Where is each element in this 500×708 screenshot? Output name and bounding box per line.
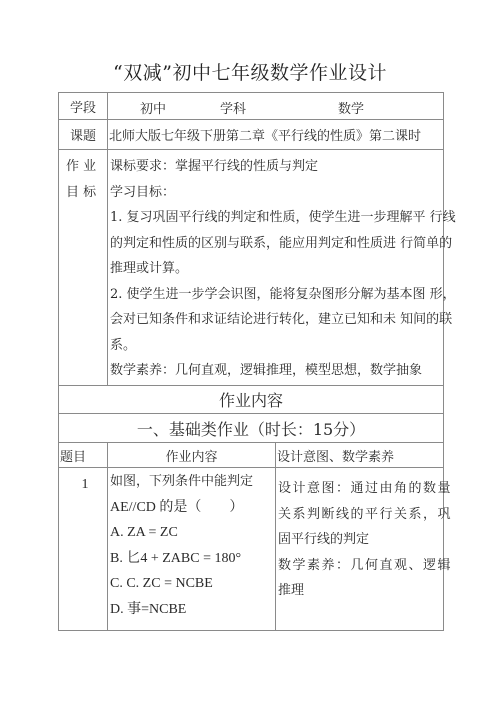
design-line: 推理	[278, 578, 443, 604]
goal-line: 系。	[110, 333, 443, 359]
goal-label: 作 业 目 标	[59, 150, 107, 385]
column-header-content: 作业内容	[107, 443, 275, 467]
goal-content: 课标要求：掌握平行线的性质与判定 学习目标： 1. 复习巩固平行线的判定和性质，…	[107, 150, 443, 385]
column-header-design: 设计意图、数学素养	[275, 443, 443, 467]
topic-value: 北师大版七年级下册第二章《平行线的性质》第二课时	[107, 120, 443, 149]
goal-line: 数学素养：几何直观，逻辑推理，模型思想，数学抽象	[110, 358, 443, 384]
option-c: C. C. ZC = NCBE	[110, 571, 275, 597]
topic-label: 课题	[59, 120, 107, 149]
stage-subject-cell: 初中 学科 数学	[107, 93, 443, 119]
question-line: AE//CD 的是（ ）	[110, 495, 275, 521]
design-intent: 设计意图：通过由角的数量 关系判断线的平行关系，巩 固平行线的判定 数学素养：几…	[275, 468, 443, 630]
goal-line: 的判定和性质的区别与联系，能应用判定和性质进 行简单的	[110, 231, 443, 257]
goal-line: 推理或计算。	[110, 256, 443, 282]
goal-line: 学习目标：	[110, 180, 443, 206]
design-line: 固平行线的判定	[278, 527, 443, 553]
question-row: 1 如图，下列条件中能判定 AE//CD 的是（ ） A. ZA = ZC B.…	[59, 468, 443, 630]
goal-line: 课标要求：掌握平行线的性质与判定	[110, 154, 443, 180]
design-line: 数学素养：几何直观、逻辑	[278, 553, 443, 579]
design-line: 设计意图：通过由角的数量	[278, 476, 443, 502]
goal-line: 2. 使学生进一步学会识图，能将复杂图形分解为基本图 形，	[110, 282, 443, 308]
question-number: 1	[59, 468, 107, 493]
row-topic: 课题 北师大版七年级下册第二章《平行线的性质》第二课时	[59, 120, 443, 150]
content-heading: 作业内容	[59, 386, 443, 414]
document-title: “双减”初中七年级数学作业设计	[0, 58, 500, 85]
stage-label: 学段	[59, 93, 107, 119]
column-header-number: 题目	[59, 443, 107, 467]
content-subheading: 一、基础类作业（时长：15分）	[59, 414, 443, 443]
stage-value: 初中	[140, 98, 166, 117]
option-d: D. 事=NCBE	[110, 597, 275, 623]
question-line: 如图，下列条件中能判定	[110, 469, 275, 495]
goal-line: 会对已知条件和求证结论进行转化，建立已知和未 知间的联	[110, 307, 443, 333]
subject-label: 学科	[220, 98, 246, 117]
design-line: 关系判断线的平行关系，巩	[278, 502, 443, 528]
content-column-headers: 题目 作业内容 设计意图、数学素养	[59, 443, 443, 468]
row-stage-subject: 学段 初中 学科 数学	[59, 93, 443, 120]
option-b: B. 匕4 + ZABC = 180°	[110, 546, 275, 572]
homework-design-table: 学段 初中 学科 数学 课题 北师大版七年级下册第二章《平行线的性质》第二课时 …	[58, 92, 444, 631]
goal-label-line-2: 目 标	[66, 180, 96, 206]
option-a: A. ZA = ZC	[110, 520, 275, 546]
row-goals: 作 业 目 标 课标要求：掌握平行线的性质与判定 学习目标： 1. 复习巩固平行…	[59, 150, 443, 386]
subject-value: 数学	[338, 98, 364, 117]
goal-line: 1. 复习巩固平行线的判定和性质，使学生进一步理解平 行线	[110, 205, 443, 231]
goal-label-line-1: 作 业	[66, 154, 96, 180]
question-number-cell: 1	[59, 468, 107, 630]
question-content: 如图，下列条件中能判定 AE//CD 的是（ ） A. ZA = ZC B. 匕…	[107, 468, 275, 630]
